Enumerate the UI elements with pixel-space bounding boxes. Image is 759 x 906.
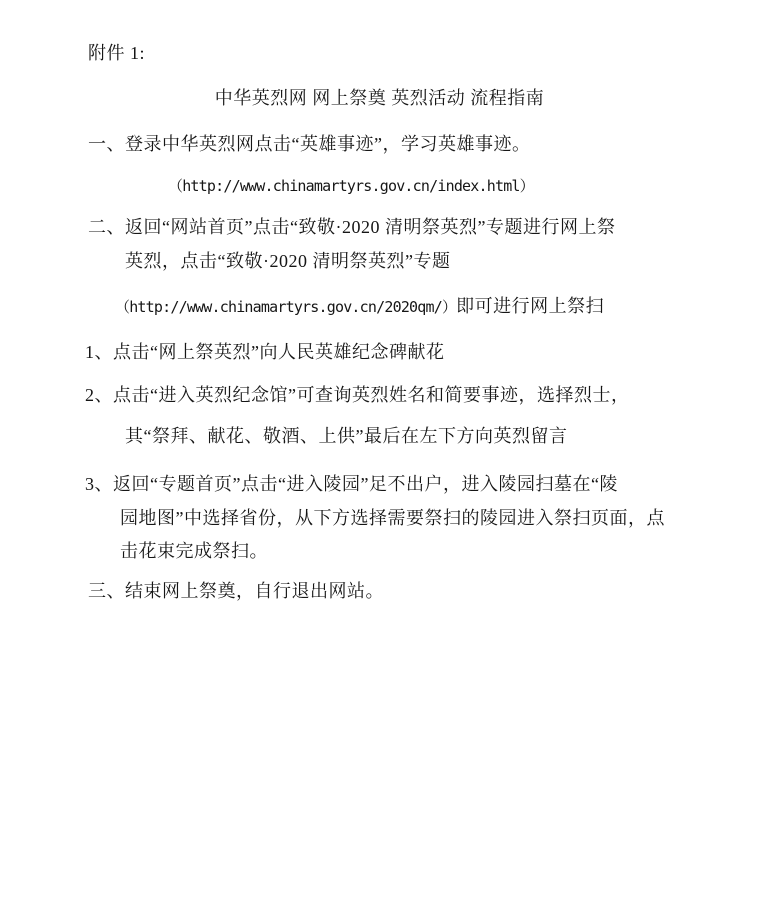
url-suffix-text: 即可进行网上祭扫	[456, 296, 604, 316]
url-line-index: （http://www.chinamartyrs.gov.cn/index.ht…	[168, 177, 534, 195]
document-title: 中华英烈网 网上祭奠 英烈活动 流程指南	[0, 89, 759, 107]
substep-2-line-2: 其“祭拜、献花、敬酒、上供”最后在左下方向英烈留言	[125, 427, 567, 445]
document-page: 附件 1: 中华英烈网 网上祭奠 英烈活动 流程指南 一、登录中华英烈网点击“英…	[0, 0, 759, 906]
substep-1-line: 1、点击“网上祭英烈”向人民英雄纪念碑献花	[85, 343, 444, 361]
url-line-2020qm: （http://www.chinamartyrs.gov.cn/2020qm/）…	[115, 297, 604, 316]
substep-2-line-1: 2、点击“进入英烈纪念馆”可查询英烈姓名和简要事迹，选择烈士，	[85, 386, 629, 404]
substep-3-line-1: 3、返回“专题首页”点击“进入陵园”足不出户，进入陵园扫墓在“陵	[85, 475, 618, 493]
substep-3-line-2: 园地图”中选择省份，从下方选择需要祭扫的陵园进入祭扫页面，点	[120, 509, 665, 527]
step-two-line-1: 二、返回“网站首页”点击“致敬·2020 清明祭英烈”专题进行网上祭	[88, 218, 615, 236]
step-two-line-2: 英烈，点击“致敬·2020 清明祭英烈”专题	[125, 252, 450, 270]
step-one-line: 一、登录中华英烈网点击“英雄事迹”，学习英雄事迹。	[88, 135, 530, 153]
substep-3-line-3: 击花束完成祭扫。	[120, 542, 268, 560]
url-text: （http://www.chinamartyrs.gov.cn/2020qm/）	[115, 298, 456, 316]
step-three-line: 三、结束网上祭奠，自行退出网站。	[88, 582, 384, 600]
attachment-label: 附件 1:	[88, 44, 145, 62]
